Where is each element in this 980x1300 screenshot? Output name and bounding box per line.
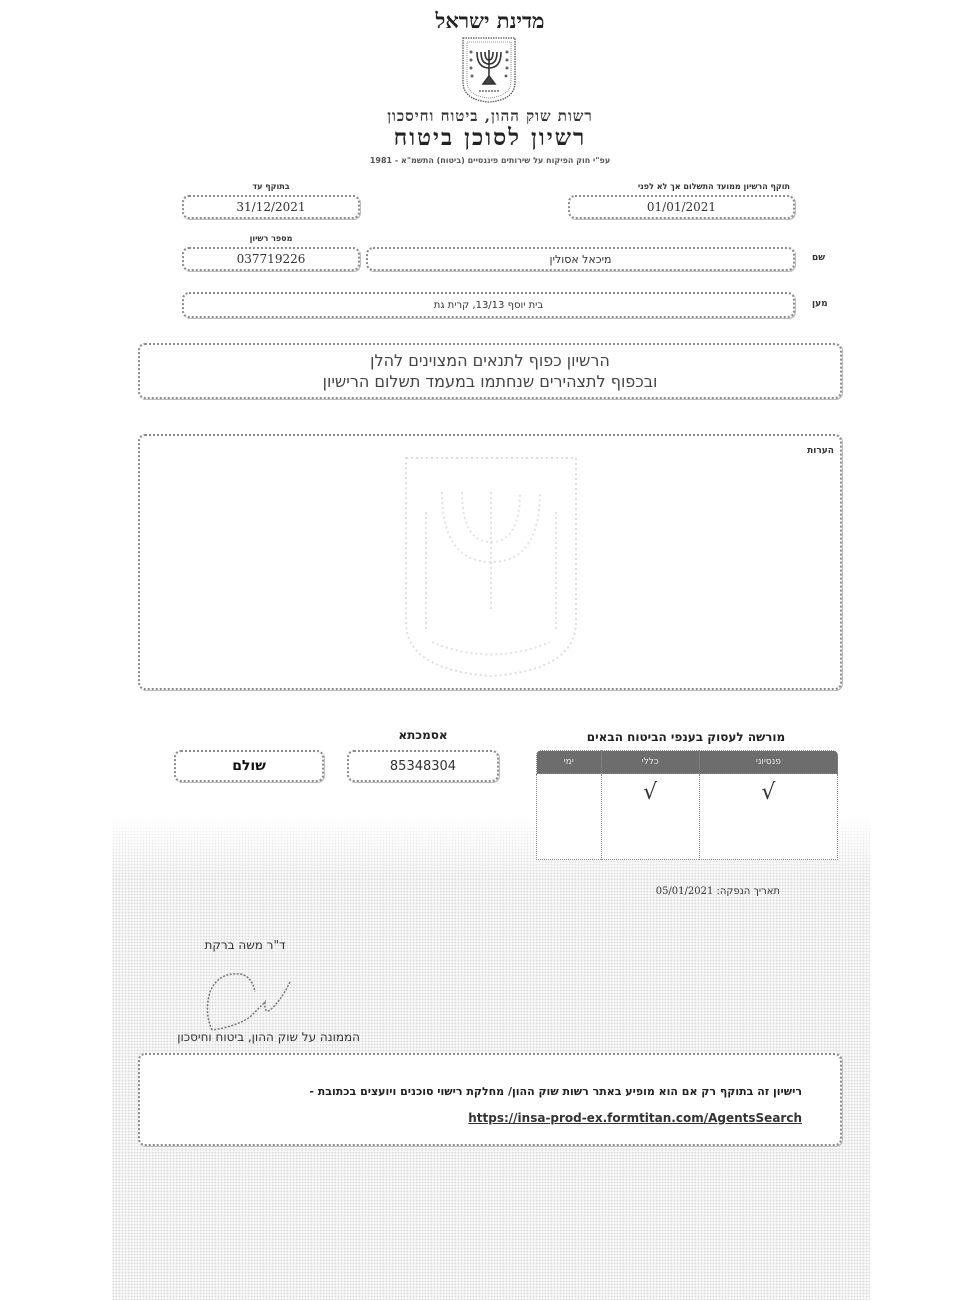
valid-from-field: 01/01/2021 — [568, 195, 795, 219]
conditions-box: הרשיון כפוף לתנאים המצוינים להלן ובכפוף … — [138, 343, 842, 399]
document-title: רשיון לסוכן ביטוח — [0, 124, 980, 151]
signatory-title: הממונה על שוק ההון, ביטוח וחיסכון — [138, 1030, 360, 1044]
license-number-field: 037719226 — [182, 247, 360, 271]
valid-from-label: תוקף הרשיון ממועד התשלום אך לא לפני — [575, 182, 790, 191]
notes-label: הערות — [807, 446, 834, 456]
valid-from-value: 01/01/2021 — [570, 197, 793, 217]
address-field: בית יוסף 13/13, קרית גת — [182, 292, 795, 318]
branch-cell-general: √ — [601, 774, 699, 860]
branch-cell-marine — [537, 774, 602, 860]
payment-status-value: שולם — [176, 752, 322, 780]
name-label: שם — [812, 253, 825, 263]
check-icon: √ — [643, 780, 657, 805]
footer-note-text: רישיון זה בתוקף רק אם הוא מופיע באתר רשו… — [309, 1085, 802, 1098]
reference-label: אסמכתא — [347, 728, 499, 742]
emblem-watermark-icon — [402, 452, 580, 680]
valid-until-label: בתוקף עד — [182, 182, 360, 191]
branch-header-pension: פנסיוני — [699, 751, 837, 774]
license-number-label: מספר רשיון — [182, 234, 360, 243]
address-label: מען — [812, 299, 828, 309]
branch-header-general: כללי — [601, 751, 699, 774]
name-field: מיכאל אסולין — [366, 247, 795, 271]
issue-date-label: תאריך הנפקה: — [717, 886, 780, 897]
reference-field: 85348304 — [347, 750, 499, 782]
conditions-line-2: ובכפוף לתצהירים שנחתמו במעמד תשלום הרישי… — [140, 372, 840, 391]
check-icon: √ — [761, 780, 775, 805]
agents-search-link[interactable]: https://insa-prod-ex.formtitan.com/Agent… — [468, 1111, 802, 1125]
payment-status-field: שולם — [174, 750, 324, 782]
valid-until-value: 31/12/2021 — [184, 197, 358, 217]
branches-table: פנסיוני כללי ימי √ √ — [536, 750, 838, 860]
address-value: בית יוסף 13/13, קרית גת — [184, 294, 793, 316]
document-subtitle: עפ"י חוק הפיקוח על שירותים פיננסיים (ביט… — [0, 156, 980, 165]
branch-cell-pension: √ — [699, 774, 837, 860]
conditions-line-1: הרשיון כפוף לתנאים המצוינים להלן — [140, 351, 840, 370]
valid-until-field: 31/12/2021 — [182, 195, 360, 219]
branch-header-marine: ימי — [537, 751, 602, 774]
footer-note-box: רישיון זה בתוקף רק אם הוא מופיע באתר רשו… — [138, 1053, 842, 1146]
state-name: מדינת ישראל — [0, 8, 980, 34]
issue-date-value: 05/01/2021 — [656, 886, 714, 897]
reference-value: 85348304 — [349, 752, 497, 780]
state-emblem-menorah-icon — [461, 36, 517, 104]
name-value: מיכאל אסולין — [368, 249, 793, 269]
notes-box: הערות — [138, 434, 842, 690]
issue-date-row: תאריך הנפקה: 05/01/2021 — [600, 886, 780, 897]
branches-title: מורשה לעסוק בענפי הביטוח הבאים — [535, 730, 837, 744]
license-number-value: 037719226 — [184, 249, 358, 269]
signatory-name: ד"ר משה ברקת — [190, 938, 300, 952]
footer-url-container: https://insa-prod-ex.formtitan.com/Agent… — [468, 1107, 802, 1126]
handwritten-signature-icon — [200, 962, 300, 1032]
